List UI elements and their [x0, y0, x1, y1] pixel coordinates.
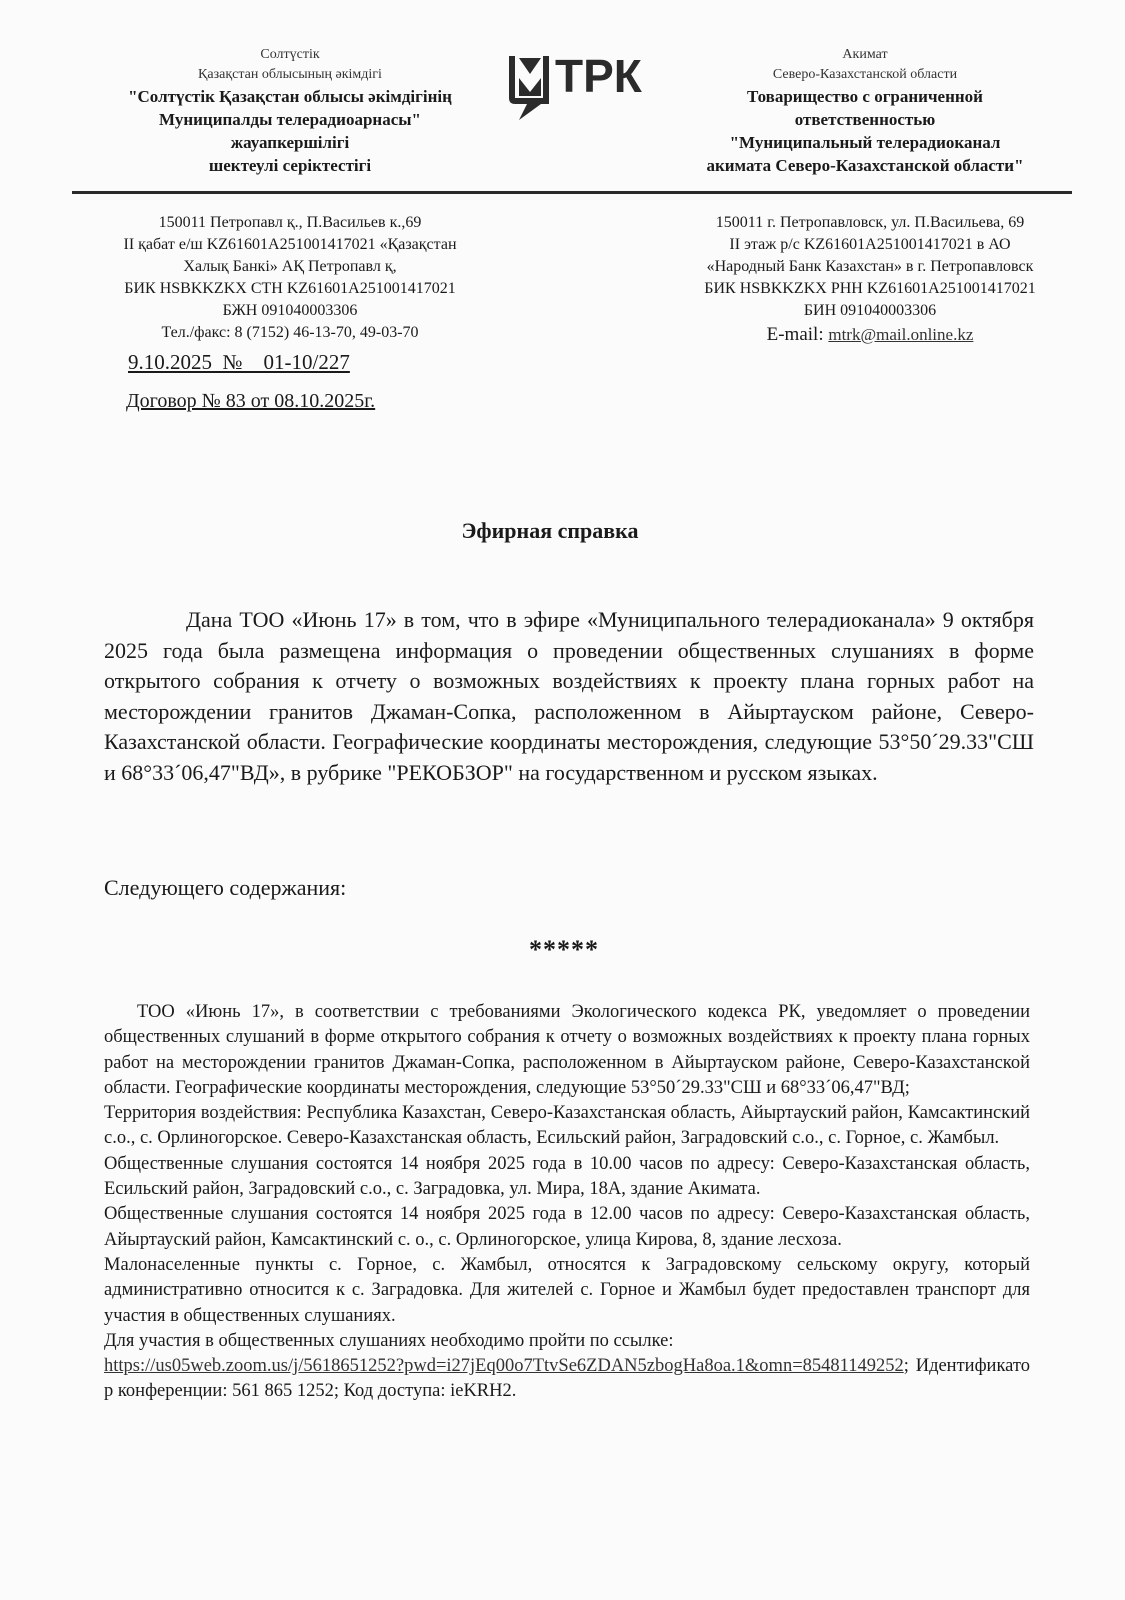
header-left-line5: жауапкершілігі	[75, 131, 505, 154]
header-right-line3: Товарищество с ограниченной	[655, 85, 1075, 108]
document-title: Эфирная справка	[0, 518, 1100, 544]
certificate-text: Дана ТОО «Июнь 17» в том, что в эфире «М…	[104, 607, 1034, 785]
certificate-paragraph: Дана ТОО «Июнь 17» в том, что в эфире «М…	[104, 605, 1034, 788]
header-right-line4: ответственностью	[655, 108, 1075, 131]
notice-text: ТОО «Июнь 17», в соответствии с требован…	[104, 1000, 1030, 1405]
contract-reference: Договор № 83 от 08.10.2025г.	[126, 390, 375, 413]
document-page: Солтүстік Қазақстан облысының әкімдігі "…	[0, 0, 1125, 1600]
address-right-line3: «Народный Банк Казахстан» в г. Петропавл…	[660, 256, 1080, 278]
notice-intro: ТОО «Июнь 17», в соответствии с требован…	[104, 1000, 1030, 1101]
header-right-line6: акимата Северо-Казахстанской области"	[655, 154, 1075, 177]
header-left-line6: шектеулі серіктестігі	[75, 154, 505, 177]
address-right-line2: ІІ этаж р/с KZ61601A251001417021 в АО	[660, 234, 1080, 256]
header-right-russian: Акимат Северо-Казахстанской области Това…	[655, 45, 1075, 177]
header-right-line1: Акимат	[655, 45, 1075, 65]
separator-stars: *****	[0, 935, 1125, 965]
address-left-phone: Тел./факс: 8 (7152) 46-13-70, 49-03-70	[75, 322, 505, 344]
notice-transport: Малонаселенные пункты с. Горное, с. Жамб…	[104, 1253, 1030, 1329]
mtrk-logo-icon: ТРК	[505, 48, 675, 128]
email-link[interactable]: mtrk@mail.online.kz	[828, 325, 973, 344]
header-right-line5: "Муниципальный телерадиоканал	[655, 131, 1075, 154]
address-left-line4: БИК HSBKKZKX СТН KZ61601A251001417021	[75, 278, 505, 300]
address-left-line2: ІІ қабат е/ш KZ61601A251001417021 «Қазақ…	[75, 234, 505, 256]
header-left-line4: Муниципалды телерадиоарнасы"	[75, 108, 505, 131]
address-left: 150011 Петропавл қ., П.Васильев к.,69 ІІ…	[75, 212, 505, 344]
address-left-line3: Халық Банкі» АҚ Петропавл қ,	[75, 256, 505, 278]
notice-link-row: https://us05web.zoom.us/j/5618651252?pwd…	[104, 1354, 1030, 1405]
header-left-kazakh: Солтүстік Қазақстан облысының әкімдігі "…	[75, 45, 505, 177]
address-right-line4: БИК HSBKKZKX РНН KZ61601A251001417021	[660, 278, 1080, 300]
address-right: 150011 г. Петропавловск, ул. П.Васильева…	[660, 212, 1080, 346]
header-divider	[72, 191, 1072, 194]
address-right-line1: 150011 г. Петропавловск, ул. П.Васильева…	[660, 212, 1080, 234]
header-left-line2: Қазақстан облысының әкімдігі	[75, 65, 505, 85]
header-left-line1: Солтүстік	[75, 45, 505, 65]
address-right-line5: БИН 091040003306	[660, 300, 1080, 322]
header-right-line2: Северо-Казахстанской области	[655, 65, 1075, 85]
notice-hearing-1: Общественные слушания состоятся 14 ноябр…	[104, 1152, 1030, 1203]
notice-hearing-2: Общественные слушания состоятся 14 ноябр…	[104, 1202, 1030, 1253]
following-label: Следующего содержания:	[104, 875, 346, 901]
notice-territory: Территория воздействия: Республика Казах…	[104, 1101, 1030, 1152]
header-left-line3: "Солтүстік Қазақстан облысы әкімдігінің	[75, 85, 505, 108]
address-left-line5: БЖН 091040003306	[75, 300, 505, 322]
zoom-meeting-link[interactable]: https://us05web.zoom.us/j/5618651252?pwd…	[104, 1356, 904, 1376]
email-label: E-mail:	[767, 324, 829, 345]
document-number: 9.10.2025 № 01-10/227	[128, 350, 350, 375]
svg-text:ТРК: ТРК	[555, 50, 643, 102]
notice-participation: Для участия в общественных слушаниях нео…	[104, 1329, 1030, 1354]
email-row: E-mail: mtrk@mail.online.kz	[660, 324, 1080, 346]
address-left-line1: 150011 Петропавл қ., П.Васильев к.,69	[75, 212, 505, 234]
